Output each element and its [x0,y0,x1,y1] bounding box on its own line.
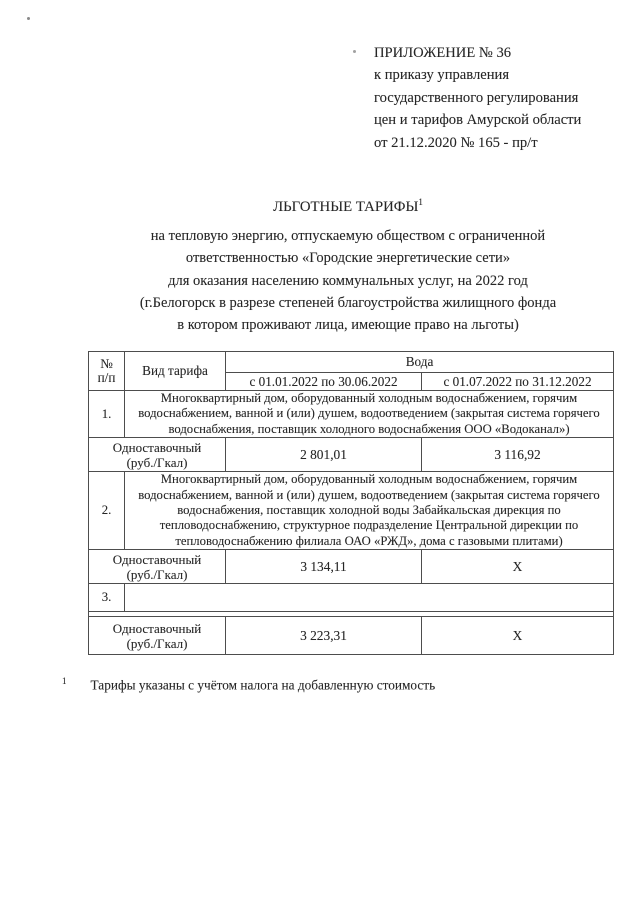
row-description-cell: Многоквартирный дом, оборудованный холод… [125,472,614,550]
col-header-tariff-type: Вид тарифа [125,352,226,391]
row-number-cell: 1. [89,391,125,438]
tariff-label-cell: Одноставочный (руб./Гкал) [89,438,226,472]
tariff-value-cell-h1: 3 134,11 [226,550,422,584]
document-title-text: ЛЬГОТНЫЕ ТАРИФЫ [273,199,418,215]
table-row-3-tariff: Одноставочный (руб./Гкал) 3 223,31 X [89,617,614,655]
footnote-text: Тарифы указаны с учётом налога на добавл… [91,677,436,692]
table-row-1-description: 1. Многоквартирный дом, оборудованный хо… [89,391,614,438]
col-header-period-2: с 01.07.2022 по 31.12.2022 [422,373,614,391]
appendix-header: ПРИЛОЖЕНИЕ № 36 к приказу управления гос… [374,42,581,154]
appendix-line: цен и тарифов Амурской области [374,109,581,131]
subtitle-line: ответственностью «Городские энергетическ… [68,247,628,269]
document-subtitle: на тепловую энергию, отпускаемую обществ… [68,225,628,336]
tariff-label-cell: Одноставочный (руб./Гкал) [89,550,226,584]
appendix-line: к приказу управления [374,64,581,86]
document-title: ЛЬГОТНЫЕ ТАРИФЫ1 [68,197,628,216]
table-row-2-description: 2. Многоквартирный дом, оборудованный хо… [89,472,614,550]
subtitle-line: на тепловую энергию, отпускаемую обществ… [68,225,628,247]
document-title-block: ЛЬГОТНЫЕ ТАРИФЫ1 на тепловую энергию, от… [68,197,628,336]
appendix-line: государственного регулирования [374,87,581,109]
subtitle-line: для оказания населению коммунальных услу… [68,270,628,292]
tariff-value-cell-h2: X [422,550,614,584]
tariff-table: № п/п Вид тарифа Вода с 01.01.2022 по 30… [88,351,614,655]
empty-row-cell [125,584,614,612]
title-footnote-marker: 1 [418,197,423,207]
tariff-value-cell-h1: 3 223,31 [226,617,422,655]
row-number-cell: 3. [89,584,125,612]
scan-speck [353,50,356,53]
tariff-value-cell-h1: 2 801,01 [226,438,422,472]
appendix-number: ПРИЛОЖЕНИЕ № 36 [374,42,581,64]
table-row-3-description: 3. [89,584,614,612]
footnote: 1Тарифы указаны с учётом налога на добав… [62,676,435,693]
col-header-number: № п/п [89,352,125,391]
table-row-2-tariff: Одноставочный (руб./Гкал) 3 134,11 X [89,550,614,584]
scan-speck [27,17,30,20]
row-description-cell: Многоквартирный дом, оборудованный холод… [125,391,614,438]
subtitle-line: (г.Белогорск в разрезе степеней благоуст… [68,292,628,314]
footnote-marker: 1 [62,676,67,686]
table-header-row-1: № п/п Вид тарифа Вода [89,352,614,373]
table-row-1-tariff: Одноставочный (руб./Гкал) 2 801,01 3 116… [89,438,614,472]
document-page: ПРИЛОЖЕНИЕ № 36 к приказу управления гос… [0,0,640,905]
col-header-water-group: Вода [226,352,614,373]
appendix-order-date: от 21.12.2020 № 165 - пр/т [374,132,581,154]
subtitle-line: в котором проживают лица, имеющие право … [68,314,628,336]
tariff-value-cell-h2: X [422,617,614,655]
row-number-cell: 2. [89,472,125,550]
tariff-value-cell-h2: 3 116,92 [422,438,614,472]
tariff-label-cell: Одноставочный (руб./Гкал) [89,617,226,655]
col-header-period-1: с 01.01.2022 по 30.06.2022 [226,373,422,391]
